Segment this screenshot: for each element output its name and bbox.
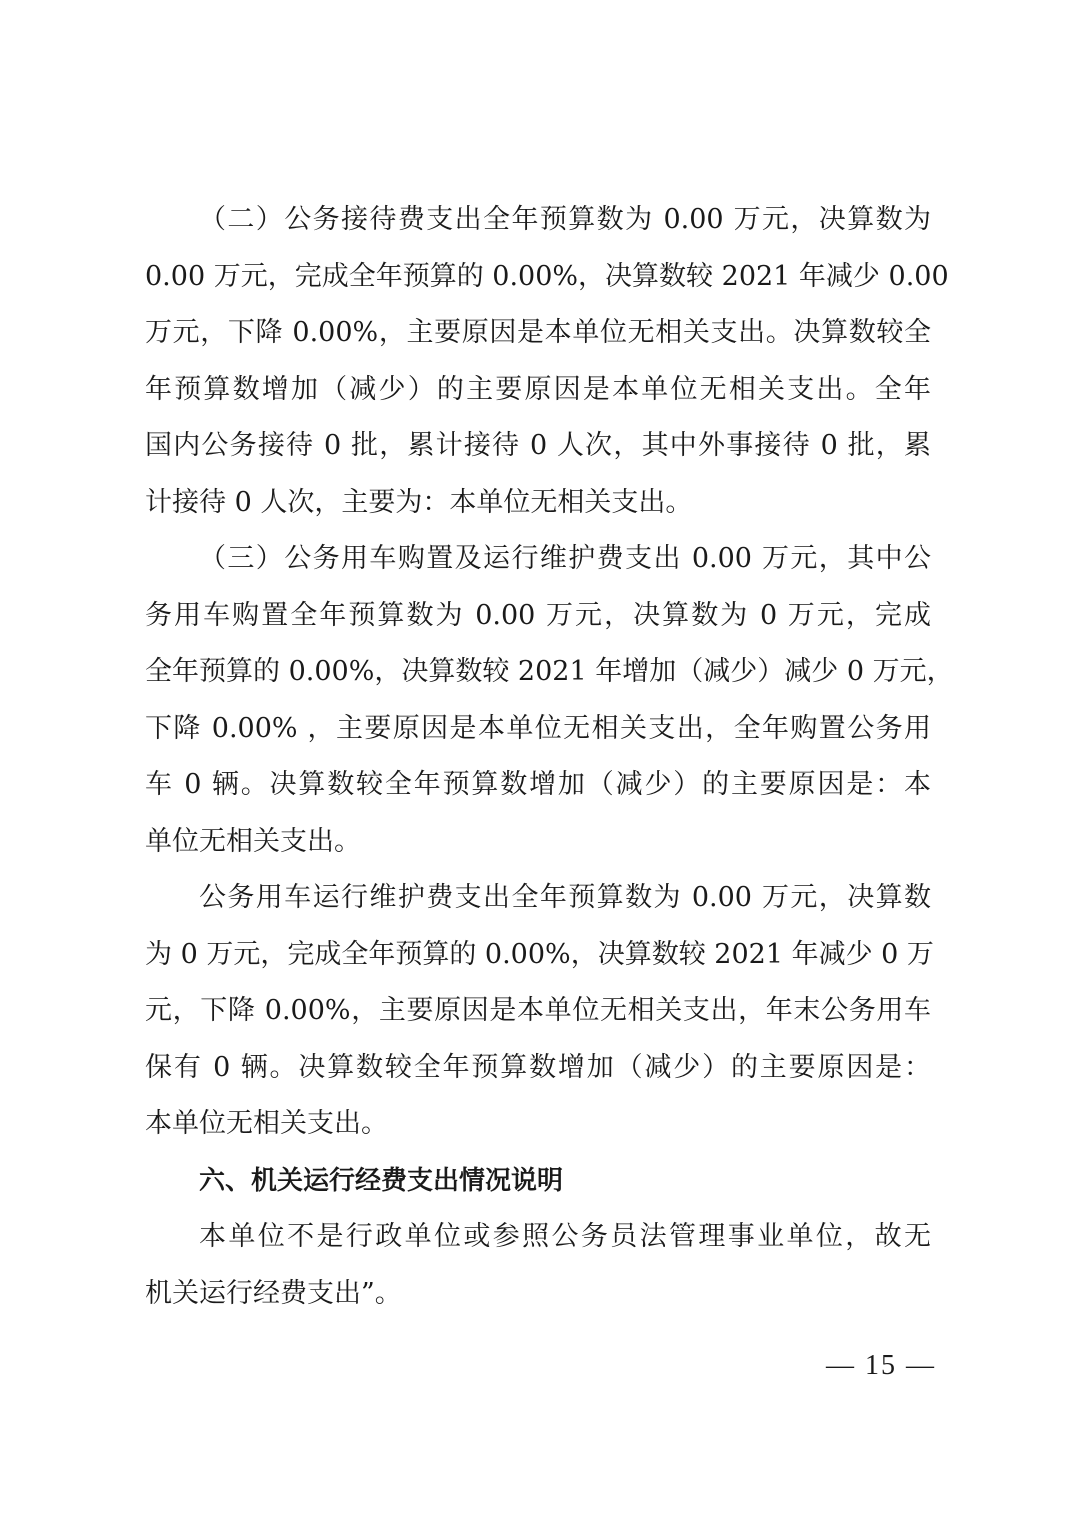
text-line: 年预算数增加（减少）的主要原因是本单位无相关支出。全年 <box>145 362 931 419</box>
text-line: 机关运行经费支出”。 <box>145 1266 931 1323</box>
text-line: （二）公务接待费支出全年预算数为 0.00 万元，决算数为 <box>145 192 931 249</box>
text-line: 公务用车运行维护费支出全年预算数为 0.00 万元，决算数 <box>145 870 931 927</box>
text-line: 务用车购置全年预算数为 0.00 万元，决算数为 0 万元，完成 <box>145 588 931 645</box>
text-line: 本单位不是行政单位或参照公务员法管理事业单位，故无 <box>145 1209 931 1266</box>
text-line: 计接待 0 人次，主要为：本单位无相关支出。 <box>145 475 931 532</box>
paragraph-vehicles: （三）公务用车购置及运行维护费支出 0.00 万元，其中公 务用车购置全年预算数… <box>145 531 931 870</box>
text-line: 车 0 辆。决算数较全年预算数增加（减少）的主要原因是：本 <box>145 757 931 814</box>
section-heading: 六、机关运行经费支出情况说明 <box>145 1153 931 1210</box>
text-line: 保有 0 辆。决算数较全年预算数增加（减少）的主要原因是： <box>145 1040 931 1097</box>
text-line: 下降 0.00% ，主要原因是本单位无相关支出，全年购置公务用 <box>145 701 931 758</box>
text-line: 全年预算的 0.00%，决算数较 2021 年增加（减少）减少 0 万元， <box>145 644 931 701</box>
paragraph-operating-expenses: 本单位不是行政单位或参照公务员法管理事业单位，故无 机关运行经费支出”。 <box>145 1209 931 1322</box>
paragraph-vehicle-maintenance: 公务用车运行维护费支出全年预算数为 0.00 万元，决算数 为 0 万元，完成全… <box>145 870 931 1153</box>
document-page: （二）公务接待费支出全年预算数为 0.00 万元，决算数为 0.00 万元，完成… <box>145 192 931 1322</box>
text-line: 元，下降 0.00%，主要原因是本单位无相关支出，年末公务用车 <box>145 983 931 1040</box>
page-number: — 15 — <box>826 1350 936 1382</box>
text-line: 单位无相关支出。 <box>145 814 931 871</box>
text-line: 万元，下降 0.00%，主要原因是本单位无相关支出。决算数较全 <box>145 305 931 362</box>
text-line: （三）公务用车购置及运行维护费支出 0.00 万元，其中公 <box>145 531 931 588</box>
text-line: 本单位无相关支出。 <box>145 1096 931 1153</box>
paragraph-reception: （二）公务接待费支出全年预算数为 0.00 万元，决算数为 0.00 万元，完成… <box>145 192 931 531</box>
text-line: 0.00 万元，完成全年预算的 0.00%，决算数较 2021 年减少 0.00 <box>145 249 931 306</box>
text-line: 国内公务接待 0 批，累计接待 0 人次，其中外事接待 0 批，累 <box>145 418 931 475</box>
text-line: 为 0 万元，完成全年预算的 0.00%，决算数较 2021 年减少 0 万 <box>145 927 931 984</box>
